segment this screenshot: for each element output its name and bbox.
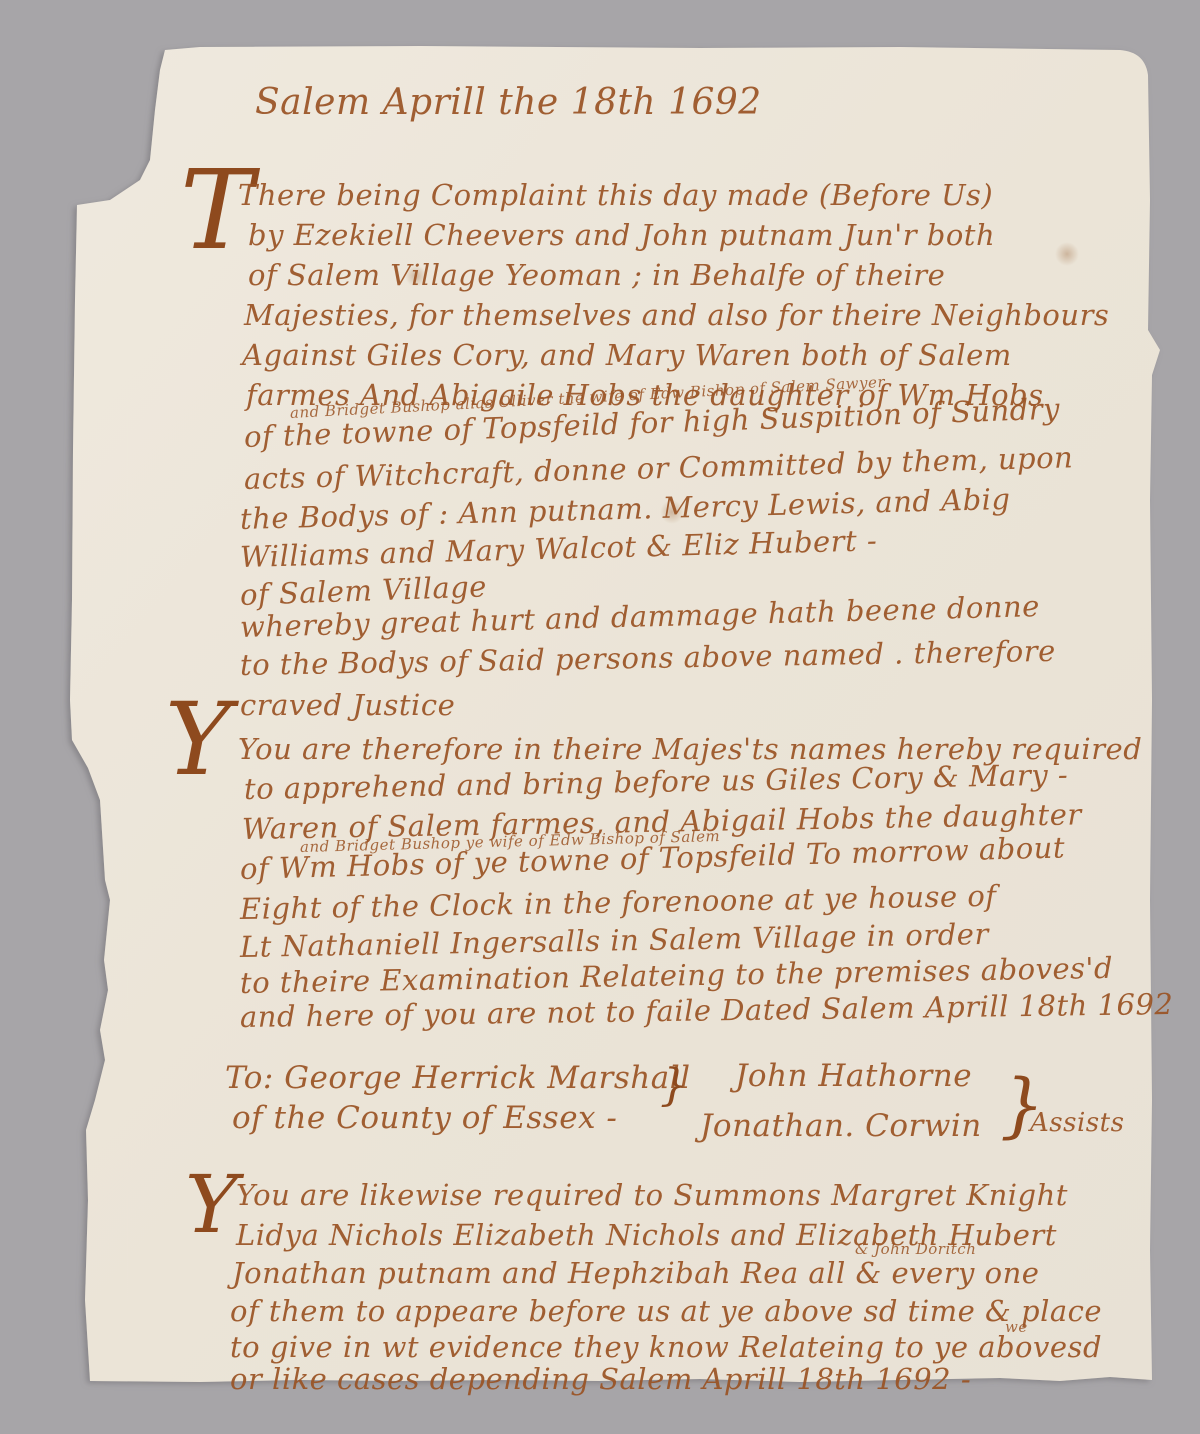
text-line: by Ezekiell Cheevers and John putnam Jun…	[248, 218, 995, 252]
text-line: Jonathan putnam and Hephzibah Rea all & …	[232, 1256, 1039, 1290]
drop-cap-flourish: Y	[165, 690, 231, 790]
manuscript-page: Salem Aprill the 18th 1692 T There being…	[0, 0, 1200, 1434]
text-line: You are likewise required to Summons Mar…	[236, 1178, 1068, 1212]
addressee-line: of the County of Essex -	[232, 1100, 617, 1136]
signature: John Hathorne	[735, 1058, 972, 1094]
signature-title: Assists	[1030, 1108, 1124, 1138]
brace-icon: }	[660, 1060, 688, 1111]
signature: Jonathan. Corwin	[700, 1108, 982, 1144]
text-line: or like cases depending Salem Aprill 18t…	[230, 1362, 971, 1396]
text-line: of them to appeare before us at ye above…	[230, 1294, 1102, 1328]
text-line: to give in wt evidence they know Relatei…	[230, 1330, 1102, 1364]
text-line: There being Complaint this day made (Bef…	[238, 178, 993, 212]
text-line: craved Justice	[240, 688, 455, 722]
ink-stain	[1055, 242, 1079, 266]
document-heading: Salem Aprill the 18th 1692	[255, 82, 762, 123]
text-line: of Salem Village Yeoman ; in Behalfe of …	[248, 258, 945, 292]
text-line: Against Giles Cory, and Mary Waren both …	[242, 338, 1012, 372]
addressee-line: To: George Herrick Marshall	[225, 1060, 691, 1096]
drop-cap-flourish: Y	[185, 1165, 238, 1245]
text-line: Majesties, for themselves and also for t…	[244, 298, 1109, 332]
